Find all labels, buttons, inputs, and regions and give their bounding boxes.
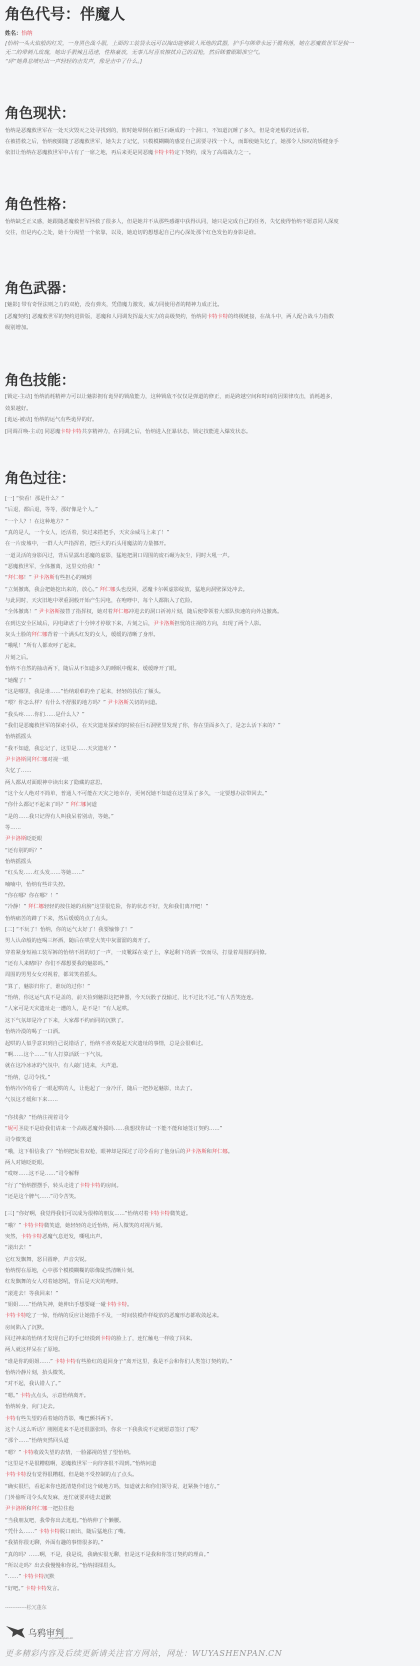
text-segment: “怡纳，总司令找。” <box>5 1075 50 1081</box>
text-line: “还有人来赌吗？你们不都想要我的魅影吗。” <box>5 959 415 970</box>
character-name-highlight: 拜仁娜 <box>113 609 129 615</box>
text-segment: 在被搭救之后，怡纳便跟随了恶魔救世军，她失去了记忆，只模模糊糊的感觉自己需要寻找… <box>5 139 339 145</box>
text-line: 依旧让怡纳在恶魔救世军中占有了一席之地，再后来更是同恶魔卡特卡特定下契约，成为了… <box>5 148 415 159</box>
text-segment: “喂？你怎么样？有什么不舒服的地方吗？” <box>5 700 108 706</box>
text-segment: [锁定-主动] 怡纳消耗精神力可以让魅影拥有诡异的锁敌能力，这种锁敌不仅仅是弹道… <box>5 394 336 400</box>
character-name-highlight: 卡特卡特 <box>39 1529 60 1535</box>
intro-line: [怡纳一头火焰般的红发，一身黑色战斗服，上面的工装袋永远可以掏出能够致人死地的武… <box>5 40 415 49</box>
text-line: “人家可是天灾遗址走一遭的人，是不是！”有人起哄。 <box>5 1004 415 1015</box>
text-line: “这是哪里，我是谁……”怡纳艰难的坐了起来，轻轻的扶住了额头。 <box>5 687 415 698</box>
text-line: 怡纳摇摇头 <box>5 732 415 743</box>
text-segment: [同调召唤-主动] 同恶魔 <box>5 429 60 435</box>
text-line: “我们是恶魔救世军的探索小队，在天灾遗址探索的时候在巨石洞壁里发现了你，你在里面… <box>5 721 415 732</box>
text-segment: “这个女人绝对不简单，普通人不可能在天灾之地幸存，更何况她不知道在这里呆了多久，… <box>5 791 267 797</box>
text-line: 灰头土脸的拜仁娜背着一个满头红发的女人，缓缓的清晰了身形。 <box>5 630 415 641</box>
text-segment: 轻轻的按住她的肩膀“这里很危险，你的状态不好，先和我们离开吧！” <box>44 904 208 910</box>
character-name-highlight: 卡特卡特 <box>5 1313 26 1319</box>
text-segment: [魅影] 带有奇怪法则之力的双枪，没有弹夹，凭借魔力激发，威力同使用者的精神力成… <box>5 302 223 308</box>
text-line: 怡纳冷漠的喝了一口酒。 <box>5 1027 415 1038</box>
text-segment: 。 <box>127 1302 132 1308</box>
text-segment: “我猜你很无聊，外面有趣的事情很多的。” <box>5 1540 103 1546</box>
text-segment: 对视一眼 <box>47 757 68 763</box>
text-line: “当我朋友吧，我带你出去逛逛。”怡纳伸了个懒腰。 <box>5 1516 415 1527</box>
text-line: “我头疼……你们……是什么人？” <box>5 710 415 721</box>
text-segment: “行了”怡纳摆摆手，转头走进了 <box>5 1183 79 1189</box>
text-segment: [三] “你好啊，我觉得我们可以成为很棒的朋友……”怡纳对着 <box>5 1211 149 1217</box>
text-line: “红头发……红头发……等她……” <box>5 868 415 879</box>
text-line: “谁是你的姐姐……” 卡特卡特有些脸红的退回身子“离开这里，我是不会和你们人类签… <box>5 1357 415 1368</box>
text-line: [二] “不玩了！怡纳，你的运气太好了！我要输惨了！” <box>5 925 415 936</box>
text-segment: “恶魔救世军，全体撤离，这里交给我！” <box>5 564 101 570</box>
author-signoff: ------------松冗蓬东 <box>5 1604 47 1611</box>
text-segment: 灰头土脸的 <box>5 632 32 638</box>
text-segment: 发言。 <box>47 1586 63 1592</box>
text-line: 就在这冷冰冰的气氛中，有人敲门进来，大声道。 <box>5 1061 415 1072</box>
text-line: “行了”怡纳摆摆手，转头走进了卡特卡特的房间。 <box>5 1181 415 1192</box>
character-name-highlight: 卡特卡特 <box>60 429 81 435</box>
text-segment: “对不起，我认错人了。” <box>5 1381 61 1387</box>
character-name-highlight: 卡特卡特 <box>55 1359 76 1365</box>
text-segment: 关切的问道。 <box>129 700 161 706</box>
text-line: 门外偷听司令头皮发麻，连忙就要冲进去道歉 <box>5 1493 415 1504</box>
text-line: “怡纳，总司令找。” <box>5 1073 415 1084</box>
section-heading: 角色现状： <box>5 105 415 123</box>
text-segment: “算了，魅影归你了，谁玩的过你！” <box>5 984 90 990</box>
text-segment: “我头疼……你们……是什么人？” <box>5 712 85 718</box>
text-line: 怡纳冷静片刻，抬头微笑。 <box>5 1368 415 1379</box>
text-segment: “冷静！” <box>5 904 28 910</box>
text-segment: “滚出去！” <box>5 1245 32 1251</box>
text-segment: 微笑道，她轻轻的走近怡纳，两人微笑的对视片刻。 <box>44 1223 166 1229</box>
text-segment: “你什么都记不起来了吗？” <box>5 802 70 808</box>
text-segment: 两人对她眨眨眼。 <box>5 1160 47 1166</box>
text-line: “立刻撤离，我会把她挖出来的，放心。” 拜仁娜头也没回，恶魔卡尔顿虚影绽放，猛地… <box>5 585 415 596</box>
section-body: 怡纳缺乏正义感，她跟随恶魔救世军拯救了很多人，但是她并不从那些感谢中获得认同，她… <box>5 217 415 239</box>
text-segment: “啊……这个……”有人打算活跃一下气氛。 <box>5 1052 106 1058</box>
text-line: 尹卡洛斯眨眨眼 <box>5 834 415 845</box>
character-name-highlight: 卡特卡特 <box>25 1586 46 1592</box>
text-segment: “我们是恶魔救世军的探索小队，在天灾遗址探索的时候在巨石洞壁里发现了你，你在里面… <box>5 723 281 729</box>
text-segment: 有些担心的喊到 <box>55 575 92 581</box>
text-segment: 脱口而出，随后猛地住了嘴。 <box>60 1529 129 1535</box>
text-segment: 一把拉住他 <box>47 1506 74 1512</box>
text-segment: 眨眨眼 <box>26 836 42 842</box>
text-segment: 没有觉得很糟糕，但是她不受控制的点了点头。 <box>26 1472 137 1478</box>
text-line: [三] “你好啊，我觉得我们可以成为很棒的朋友……”怡纳对着卡特卡特微笑道。 <box>5 1209 415 1220</box>
text-segment: “这里是不是很糟糕啊，恶魔救世军一向待客很不周到。”怡纳问道 <box>5 1461 156 1467</box>
text-segment: “滚进去！等我回来！” <box>5 1291 58 1297</box>
text-line: 卡特卡特没有觉得很糟糕，但是她不受控制的点了点头。 <box>5 1470 415 1481</box>
logo-subtitle: wuyashenpan.cn <box>48 1636 73 1640</box>
character-name-highlight: 卡特卡特 <box>5 1472 26 1478</box>
text-segment: “还有人来赌吗？你们不都想要我的魅影吗。” <box>5 961 108 967</box>
text-line: “真的是人，一个女人，还活着，快过来搭把手，天灾余威马上来了！” <box>5 528 415 539</box>
text-segment: 怡纳摇摇头 <box>5 734 32 740</box>
text-line: 穿着紧身短袖工装军裤的怡纳不屑的切了一声，一皮靴踩在桌子上，拿起剩下的酒一饮而尽… <box>5 948 415 959</box>
text-line: 等…… <box>5 823 415 834</box>
text-line: 男人认命般的连喝三杯酒，随后在哄堂大笑中灰溜溜的离开了。 <box>5 936 415 947</box>
text-segment: 气氛这才缓和下来…… <box>5 1097 58 1103</box>
text-segment: 门外偷听司令头皮发麻，连忙就要冲进去道歉 <box>5 1495 111 1501</box>
text-segment: 穿着紧身短袖工装军裤的怡纳不屑的切了一声，一皮靴踩在桌子上，拿起剩下的酒一饮而尽… <box>5 950 270 956</box>
text-segment: 接替了指挥权，她对着 <box>60 609 113 615</box>
text-segment: 吃了一惊，怡纳的反应让她措手不及，一时间装模作样绽放的恶魔形态都收敛起来。 <box>26 1313 222 1319</box>
text-segment: 它红发飘舞，怒目圆睁，声音尖锐。 <box>5 1257 90 1263</box>
text-line: “好吧。” 卡特卡特发言。 <box>5 1584 415 1595</box>
character-name-highlight: 卡特卡特 <box>153 150 174 156</box>
text-line: “哦吼！”所有人都欢呼了起来。 <box>5 641 415 652</box>
text-line: “这里是不是很糟糕啊，恶魔救世军一向待客很不周到。”怡纳问道 <box>5 1459 415 1470</box>
name-label: 姓名： <box>5 31 22 37</box>
text-segment: ！” <box>24 575 34 581</box>
text-segment: 定下契约，成为了高端战力之一。 <box>175 150 254 156</box>
character-intro: [怡纳一头火焰般的红发，一身黑色战斗服，上面的工装袋永远可以掏出能够致人死地的武… <box>5 40 415 67</box>
text-line: “怡纳，你这运气真不是盖的，前天捡到魅影这把神器，今天玩骰子没输过，比不过比不过… <box>5 993 415 1004</box>
character-name-highlight: 拜仁娜 <box>28 904 44 910</box>
text-line: “嗯。” 卡特点点头，示意怡纳离开。 <box>5 1391 415 1402</box>
text-segment: “立刻撤离，我会把她挖出来的，放心。” <box>5 587 100 593</box>
character-name-highlight: 卡特卡特 <box>21 1234 42 1240</box>
text-line: 它红发飘舞，怒目圆睁，声音尖锐。 <box>5 1255 415 1266</box>
text-segment: 怡纳愣在原地，心中那个模模糊糊的影像陡然清晰片刻。 <box>5 1268 137 1274</box>
text-segment: 两人就这样呆在了原地。 <box>5 1347 63 1353</box>
text-line: “一个人？！在这种地方？” <box>5 517 415 528</box>
section-weapon: 角色武器： [魅影] 带有奇怪法则之力的双枪，没有弹夹，凭借魔力激发，威力同使用… <box>5 280 415 335</box>
text-line: “你什么都记不起来了吗？” 拜仁娜问道 <box>5 800 415 811</box>
character-name-highlight: 拜仁娜 <box>212 1149 228 1155</box>
text-segment: 点点头，示意怡纳离开。 <box>31 1393 89 1399</box>
text-line: “全体撤离！” 尹卡洛斯接替了指挥权，她对着拜仁娜冲进去的洞口祈祷片刻，随后便带… <box>5 607 415 618</box>
text-line: “还有别的吗？” <box>5 846 415 857</box>
text-line: 两人对她眨眨眼。 <box>5 1158 415 1169</box>
text-segment: “你在哪？你在哪？！” <box>5 893 58 899</box>
text-segment: 起哄的人似乎意识到自己说错话了，怡纳不喜欢提起天灾遗址的事情，总是会很难过。 <box>5 1041 206 1047</box>
text-segment: 恶魔气息迸发，嘶吼出声。 <box>42 1234 106 1240</box>
text-segment: 冲进去的洞口祈祷片刻，随后便带领着大部队快速的向外边撤离。 <box>129 609 283 615</box>
section-heading: 角色技能： <box>5 372 415 390</box>
text-segment: “还是这个脾气……”司令苦笑。 <box>5 1194 79 1200</box>
text-segment: “那个……”怡纳突然回头道 <box>5 1438 69 1444</box>
text-segment: 沉默 <box>44 1574 55 1580</box>
section-status: 角色现状： 怡纳是恶魔救世军在一处天灾毁灭之处寻找到的，彼时她晕倒在被巨石砸成的… <box>5 105 415 159</box>
text-segment: “后退，都后退，等等，那好像是个人。” <box>5 507 98 513</box>
text-line: “拜仁娜！” 尹卡洛斯有些担心的喊到 <box>5 573 415 584</box>
text-segment: 有些脸红的退回身子“离开这里，我是不会和你们人类签订契约的。” <box>76 1359 232 1365</box>
text-line: “所以走吗？出去我慢慢和你说。”怡纳揉揉眉头。 <box>5 1561 415 1572</box>
text-segment: “所以走吗？出去我慢慢和你说。”怡纳揉揉眉头。 <box>5 1563 119 1569</box>
text-line: “算了，魅影归你了，谁玩的过你！” <box>5 982 415 993</box>
name-value: 怡纳 <box>22 31 33 37</box>
text-segment: “好吧。” <box>5 1586 25 1592</box>
text-line: 房间陷入了沉默。 <box>5 1323 415 1334</box>
text-line: 在一片废墟中，一群人大声指挥着，把巨大的石头用魔法的力量挪开。 <box>5 539 415 550</box>
text-segment: 微笑道。 <box>170 1211 191 1217</box>
text-segment: 等…… <box>5 825 21 831</box>
text-line: “哎呀……这不是……”司令解释 <box>5 1169 415 1180</box>
text-segment: 周围的男男女女对视着，都耸笑着摇头。 <box>5 972 100 978</box>
text-segment: “这是哪里，我是谁……”怡纳艰难的坐了起来，轻轻的扶住了额头。 <box>5 689 164 695</box>
character-name-highlight: 卡特卡特 <box>149 1211 170 1217</box>
text-line: “凭什么……” 卡特卡特脱口而出，随后猛地住了嘴。 <box>5 1527 415 1538</box>
character-name-highlight: 拜仁娜 <box>100 587 116 593</box>
text-segment: 这个人这么听话？刚刚进来不是还很嚣张吗，你求一下我我说不定就愿意签订了呢？ <box>5 1427 201 1433</box>
text-segment: “哦？” <box>5 1223 23 1229</box>
text-segment: 头也没回，恶魔卡尔顿虚影绽放，猛地向洞壁深处冲去。 <box>115 587 247 593</box>
section-body: 怡纳是恶魔救世军在一处天灾毁灭之处寻找到的，彼时她晕倒在被巨石砸成的一个洞口，不… <box>5 126 415 159</box>
text-segment: 房间陷入了沉默。 <box>5 1325 47 1331</box>
text-segment: 怡纳摇摇头 <box>5 859 32 865</box>
text-segment: “哦，这下相信我了？”怡纳把玩着双枪，眼神却是探过了司令看向了他身后的 <box>5 1149 185 1155</box>
site-logo: 乌鸦审判 wuyashenpan.cn <box>6 1625 73 1640</box>
character-name-highlight: 拜仁娜 <box>32 757 48 763</box>
text-line: 气氛这才缓和下来…… <box>5 1095 415 1106</box>
text-segment: “当我朋友吧，我带你出去逛逛。”怡纳伸了个懒腰。 <box>5 1518 124 1524</box>
text-line: 与此同时，天灾旧地中翠重洞般开始产生闪电，在咆哮中，每个人都陷入了危险。 <box>5 596 415 607</box>
text-line: 两人就这样呆在了原地。 <box>5 1345 415 1356</box>
character-name-highlight: 尹卡洛斯 <box>153 621 174 627</box>
name-line: 姓名：怡纳 <box>5 30 415 38</box>
text-segment: 回过神来的怡纳才发现自己的手已经摸到 <box>5 1336 100 1342</box>
text-segment: [二] “不玩了！怡纳，你的运气太好了！我要输惨了！” <box>5 927 133 933</box>
text-segment: 红发飘舞的女人对着她怒吼，背后是天灾的咆哮。 <box>5 1279 122 1285</box>
text-segment: “姐姐……”怡纳失神，她伸出手想要碰一碰 <box>5 1302 106 1308</box>
text-line: “真的吗？……啊，不是，我是说，我确实很无聊，但是这不是我和你签订契约的理由。” <box>5 1550 415 1561</box>
character-name-highlight: 拜仁娜 <box>32 632 48 638</box>
document-page: 角色代号：伴魔人 姓名：怡纳 [怡纳一头火焰般的红发，一身黑色战斗服，上面的工装… <box>0 0 420 67</box>
text-line: 两人都从对面眼神中读出来了隐藏的意思。 <box>5 778 415 789</box>
text-segment: 在一片废墟中，一群人大声指挥着，把巨大的石头用魔法的力量挪开。 <box>5 541 169 547</box>
crow-icon <box>6 1625 26 1639</box>
text-segment: “全体撤离！” <box>5 609 39 615</box>
text-segment: 背着一个满头红发的女人，缓缓的清晰了身形。 <box>47 632 158 638</box>
text-line: 红发飘舞的女人对着她怒吼，背后是天灾的咆哮。 <box>5 1277 415 1288</box>
text-segment: 突然， <box>5 1234 21 1240</box>
text-segment: “人家可是天灾遗址走一遭的人，是不是！”有人起哄。 <box>5 1006 132 1012</box>
character-name-highlight: 尹卡洛斯 <box>39 609 60 615</box>
text-line: 回过神来的怡纳才发现自己的手已经摸到卡特的脸上了，连忙触电一样收了回来。 <box>5 1334 415 1345</box>
character-name-highlight: 尹卡洛斯 <box>33 575 54 581</box>
text-segment: “你找我？”怡纳注视着司令 <box>5 1115 69 1121</box>
text-line: 尹卡洛斯和拜仁娜一把拉住他 <box>5 1504 415 1515</box>
text-segment: 的脸上了，连忙触电一样收了回来。 <box>111 1336 196 1342</box>
text-line: [同调召唤-主动] 同恶魔卡特卡特共享精神力，在同调之后，怡纳进入狂暴状态，锁定… <box>5 427 415 439</box>
text-segment: “她醒了！” <box>5 678 32 684</box>
text-segment: [诡运-被动] 怡纳的运气有些诡异的好。 <box>5 417 97 423</box>
text-segment: 收敛失望的表情，一脸鄙视的望了望怡纳。 <box>33 1450 134 1456</box>
text-line: “姐姐……”怡纳失神，她伸出手想要碰一碰卡特卡特。 <box>5 1300 415 1311</box>
character-name-highlight: 卡特卡特 <box>23 1574 44 1580</box>
text-line: “嗯？” 卡特收敛失望的表情，一脸鄙视的望了望怡纳。 <box>5 1448 415 1459</box>
text-line: 卡特有些失望的看着她的背影，嘴巴颤抖两下。 <box>5 1414 415 1425</box>
section-heading: 角色性格： <box>5 196 415 214</box>
text-line: [诡运-被动] 怡纳的运气有些诡异的好。 <box>5 415 415 427</box>
text-segment: “凭什么……” <box>5 1529 39 1535</box>
section-heading: 角色过往： <box>5 470 415 488</box>
character-name-highlight: 卡特卡特 <box>207 314 228 320</box>
text-segment: 。 <box>228 1149 233 1155</box>
text-line: “是的……我只记得有人叫我呆着别动，等她。” <box>5 812 415 823</box>
text-segment: 交往，但是内心之处，她十分渴望一个依靠，以及，她迫切的想想起自己内心深处那个红色… <box>5 230 259 236</box>
text-segment: 司令微笑道 <box>5 1137 32 1143</box>
text-segment: 怡纳冷漠的喝了一口酒。 <box>5 1029 63 1035</box>
text-segment: 喃喃中，怡纳有些许失控。 <box>5 882 69 888</box>
text-segment: 男人认命般的连喝三杯酒，随后在哄堂大笑中灰溜溜的离开了。 <box>5 938 153 944</box>
text-line: 尹卡洛斯同拜仁娜对视一眼 <box>5 755 415 766</box>
intro-line: “砰”她鼻息喷吐出一声轻轻的击发声，像是击中了什么。] <box>5 58 415 67</box>
text-segment: 怡纳冷冷的看了一眼起哄的人，让他起了一身冷汗，随后一把抄起魅影，出去了。 <box>5 1086 196 1092</box>
text-line: “还是这个脾气……”司令苦笑。 <box>5 1192 415 1203</box>
character-name-highlight: 尹卡洛斯 <box>5 1506 26 1512</box>
text-segment: 圣徒不是给我们请来一个高级恶魔外援吗……我想找你试一下能不能和她签订契约……” <box>18 1126 222 1132</box>
text-line: 怡纳转身，向门走去。 <box>5 1402 415 1413</box>
text-segment: 担忧的注视的方向，出现了两个人影。 <box>175 621 265 627</box>
text-segment: 片刻之后。 <box>5 655 32 661</box>
character-name-highlight: 妮可 <box>8 1126 19 1132</box>
text-line: “你找我？”怡纳注视着司令 <box>5 1113 415 1124</box>
intro-line: 无二的带刺儿玫瑰，她出手狠辣且迅速，性格豪放，无事儿时喜欢擦拭自己的双枪，然后眯… <box>5 49 415 58</box>
text-segment: [一] “快看！那是什么？” <box>5 496 64 502</box>
text-segment: “真的吗？……啊，不是，我是说，我确实很无聊，但是这不是我和你签订契约的理由。” <box>5 1552 209 1558</box>
text-line: 在被搭救之后，怡纳便跟随了恶魔救世军，她失去了记忆，只模模糊糊的感觉自己需要寻找… <box>5 137 415 148</box>
text-line: “她醒了！” <box>5 676 415 687</box>
text-line: [恶魔契约] 恶魔救世军的契约进阶版，恶魔和人同调发挥最大实力的高级契约，怡纳同… <box>5 312 415 324</box>
text-segment: “是的……我只记得有人叫我呆着别动，等她。” <box>5 814 114 820</box>
text-line: “……” 卡特卡特沉默 <box>5 1572 415 1583</box>
character-name-highlight: 尹卡洛斯 <box>185 1149 206 1155</box>
text-line: 怡纳愣在原地，心中那个模模糊糊的影像陡然清晰片刻。 <box>5 1266 415 1277</box>
character-name-highlight: 卡特卡特 <box>23 1223 44 1229</box>
character-name-highlight: 卡特 <box>5 1416 16 1422</box>
page-title: 角色代号：伴魔人 <box>5 0 415 25</box>
text-line: “啊……这个……”有人打算活跃一下气氛。 <box>5 1050 415 1061</box>
text-segment: 与此同时，天灾旧地中翠重洞般开始产生闪电，在咆哮中，每个人都陷入了危险。 <box>5 598 196 604</box>
text-line: 喃喃中，怡纳有些许失控。 <box>5 880 415 891</box>
text-line: “冷静！” 拜仁娜轻轻的按住她的肩膀“这里很危险，你的状态不好，先和我们离开吧！… <box>5 902 415 913</box>
text-line: 怡纳摇摇头 <box>5 857 415 868</box>
text-line: “妮可圣徒不是给我们请来一个高级恶魔外援吗……我想找你试一下能不能和她签订契约…… <box>5 1124 415 1135</box>
text-line: 效果越好。 <box>5 404 415 416</box>
text-segment: 两人都从对面眼神中读出来了隐藏的意思。 <box>5 780 106 786</box>
character-name-highlight: 卡特卡特 <box>106 1302 127 1308</box>
text-segment: 有些失望的看着她的背影，嘴巴颤抖两下。 <box>16 1416 117 1422</box>
text-line: 怡纳是恶魔救世军在一处天灾毁灭之处寻找到的，彼时她晕倒在被巨石砸成的一个洞口，不… <box>5 126 415 137</box>
character-name-highlight: 拜仁娜 <box>8 575 24 581</box>
character-name-highlight: 卡特 <box>100 1336 111 1342</box>
text-line: [锁定-主动] 怡纳消耗精神力可以让魅影拥有诡异的锁敌能力，这种锁敌不仅仅是弹道… <box>5 392 415 404</box>
text-line: 怡纳冷冷的看了一眼起哄的人，让他起了一身冷汗，随后一把抄起魅影，出去了。 <box>5 1084 415 1095</box>
text-line: “喂？你怎么样？有什么不舒服的地方吗？” 尹卡洛斯关切的问道。 <box>5 698 415 709</box>
text-line: “后退，都后退，等等，那好像是个人。” <box>5 505 415 516</box>
text-line: 交往，但是内心之处，她十分渴望一个依靠，以及，她迫切的想想起自己内心深处那个红色… <box>5 228 415 239</box>
text-line: 一道灵活的身影闪过，背后显露出恶魔的虚影，猛地把洞口周围的废石碾为灰尘，同时大吼… <box>5 551 415 562</box>
text-line: 在到达安全区域后，闪电肆虐了十分钟才停歇下来，片刻之后，尹卡洛斯担忧的注视的方向… <box>5 619 415 630</box>
text-segment: 怡纳转身，向门走去。 <box>5 1404 58 1410</box>
text-segment: “确实很烂，看起来你也挺清楚你们这个破地方吗，知道就去和你们领导说，赶紧换个地方… <box>5 1484 220 1490</box>
text-line: “我不知道，我忘记了，这里是……天灾遗址？” <box>5 744 415 755</box>
text-line: 司令微笑道 <box>5 1135 415 1146</box>
text-segment: “哦吼！”所有人都欢呼了起来。 <box>5 643 79 649</box>
character-name-highlight: 尹卡洛斯 <box>5 836 26 842</box>
text-segment: 共享精神力，在同调之后，怡纳进入狂暴状态，锁定技能进入爆发状态。 <box>82 429 252 435</box>
text-line: “那个……”怡纳突然回头道 <box>5 1436 415 1447</box>
character-name-highlight: 拜仁娜 <box>32 1506 48 1512</box>
text-line: “哦？” 卡特卡特微笑道，她轻轻的走近怡纳，两人微笑的对视片刻。 <box>5 1221 415 1232</box>
text-line: [一] “快看！那是什么？” <box>5 494 415 505</box>
character-name-highlight: 卡特卡特 <box>79 1183 100 1189</box>
character-name-highlight: 拜仁娜 <box>70 802 86 808</box>
text-line: 卡特卡特吃了一惊，怡纳的反应让她措手不及，一时间装模作样绽放的恶魔形态都收敛起来… <box>5 1311 415 1322</box>
text-segment: 怡纳痛苦的蹲了下来，然后缓缓的点了点头。 <box>5 916 111 922</box>
text-line: 起哄的人似乎意识到自己说错话了，怡纳不喜欢提起天灾遗址的事情，总是会很难过。 <box>5 1039 415 1050</box>
text-line: “滚出去！” <box>5 1243 415 1254</box>
text-line: “哦，这下相信我了？”怡纳把玩着双枪，眼神却是探过了司令看向了他身后的尹卡洛斯和… <box>5 1147 415 1158</box>
section-past: 角色过往： [一] “快看！那是什么？” “后退，都后退，等等，那好像是个人。”… <box>5 470 415 1595</box>
footer-notice: 更多精彩内容及后续更新请关注官方网站，网址：WUYASHENPAN.CN <box>5 1648 282 1659</box>
text-line: 突然，卡特卡特恶魔气息迸发，嘶吼出声。 <box>5 1232 415 1243</box>
character-name-highlight: 卡特 <box>23 1450 34 1456</box>
text-segment: “红头发……红头发……等她……” <box>5 870 85 876</box>
text-segment: “嗯？” <box>5 1450 23 1456</box>
text-line: “对不起，我认错人了。” <box>5 1379 415 1390</box>
text-segment: “真的是人，一个女人，还活着，快过来搭把手，天灾余威马上来了！” <box>5 530 169 536</box>
text-segment: 问道 <box>86 802 97 808</box>
text-segment: 的终极链接，在战斗中，两人配合战斗力指数 <box>228 314 334 320</box>
text-line: “滚进去！等我回来！” <box>5 1289 415 1300</box>
text-segment: “哎呀……这不是……”司令解释 <box>5 1171 79 1177</box>
text-segment: “嗯。” <box>5 1393 20 1399</box>
text-line: 怡纳缺乏正义感，她跟随恶魔救世军拯救了很多人，但是她并不从那些感谢中获得认同，她… <box>5 217 415 228</box>
text-segment: “……” <box>5 1574 23 1580</box>
text-segment: 的房间。 <box>101 1183 122 1189</box>
text-segment: 失忆了…… <box>5 768 32 774</box>
section-body: [锁定-主动] 怡纳消耗精神力可以让魅影拥有诡异的锁敌能力，这种锁敌不仅仅是弹道… <box>5 392 415 438</box>
text-line: 这下气氛却是冷了下来，大家都不约而同的沉默了。 <box>5 1016 415 1027</box>
text-segment: 怡纳冷静片刻，抬头微笑。 <box>5 1370 69 1376</box>
text-segment: 就在这冷冰冰的气氛中，有人敲门进来，大声道。 <box>5 1063 122 1069</box>
text-segment: 级别增加。 <box>5 325 32 331</box>
text-line: “恶魔救世军，全体撤离，这里交给我！” <box>5 562 415 573</box>
text-line: 这个人这么听话？刚刚进来不是还很嚣张吗，你求一下我我说不定就愿意签订了呢？ <box>5 1425 415 1436</box>
section-personality: 角色性格： 怡纳缺乏正义感，她跟随恶魔救世军拯救了很多人，但是她并不从那些感谢中… <box>5 196 415 239</box>
text-segment: “我不知道，我忘记了，这里是……天灾遗址？” <box>5 746 116 752</box>
text-line: “你在哪？你在哪？！” <box>5 891 415 902</box>
text-line: 怡纳不自然的抽动两下，随后从不知道多久的睡眠中醒来，缓缓睁开了眼。 <box>5 664 415 675</box>
text-line: “这个女人绝对不简单，普通人不可能在天灾之地幸存，更何况她不知道在这里呆了多久，… <box>5 789 415 800</box>
section-skill: 角色技能： [锁定-主动] 怡纳消耗精神力可以让魅影拥有诡异的锁敌能力，这种锁敌… <box>5 372 415 438</box>
section-body: [魅影] 带有奇怪法则之力的双枪，没有弹夹，凭借魔力激发，威力同使用者的精神力成… <box>5 300 415 335</box>
text-line: “我猜你很无聊，外面有趣的事情很多的。” <box>5 1538 415 1549</box>
text-segment: 一道灵活的身影闪过，背后显露出恶魔的虚影，猛地把洞口周围的废石碾为灰尘，同时大吼… <box>5 553 233 559</box>
section-heading: 角色武器： <box>5 280 415 298</box>
character-name-highlight: 卡特 <box>20 1393 31 1399</box>
character-name-highlight: 尹卡洛斯 <box>5 757 26 763</box>
text-segment: 效果越好。 <box>5 406 32 412</box>
text-line: 周围的男男女女对视着，都耸笑着摇头。 <box>5 970 415 981</box>
text-line: [魅影] 带有奇怪法则之力的双枪，没有弹夹，凭借魔力激发，威力同使用者的精神力成… <box>5 300 415 312</box>
story-body: [一] “快看！那是什么？” “后退，都后退，等等，那好像是个人。” “一个人？… <box>5 494 415 1595</box>
text-segment: “谁是你的姐姐……” <box>5 1359 55 1365</box>
text-segment: 怡纳是恶魔救世军在一处天灾毁灭之处寻找到的，彼时她晕倒在被巨石砸成的一个洞口，不… <box>5 128 312 134</box>
text-segment: “怡纳，你这运气真不是盖的，前天捡到魅影这把神器，今天玩骰子没输过，比不过比不过… <box>5 995 257 1001</box>
text-line: 级别增加。 <box>5 323 415 335</box>
character-name-highlight: 尹卡洛斯 <box>108 700 129 706</box>
text-segment: 依旧让怡纳在恶魔救世军中占有了一席之地，再后来更是同恶魔 <box>5 150 153 156</box>
text-segment: 这下气氛却是冷了下来，大家都不约而同的沉默了。 <box>5 1018 127 1024</box>
text-line: 片刻之后。 <box>5 653 415 664</box>
text-segment: 怡纳缺乏正义感，她跟随恶魔救世军拯救了很多人，但是她并不从那些感谢中获得认同，她… <box>5 219 339 225</box>
text-segment: [恶魔契约] 恶魔救世军的契约进阶版，恶魔和人同调发挥最大实力的高级契约，怡纳同 <box>5 314 207 320</box>
text-segment: 在到达安全区域后，闪电肆虐了十分钟才停歇下来，片刻之后， <box>5 621 153 627</box>
